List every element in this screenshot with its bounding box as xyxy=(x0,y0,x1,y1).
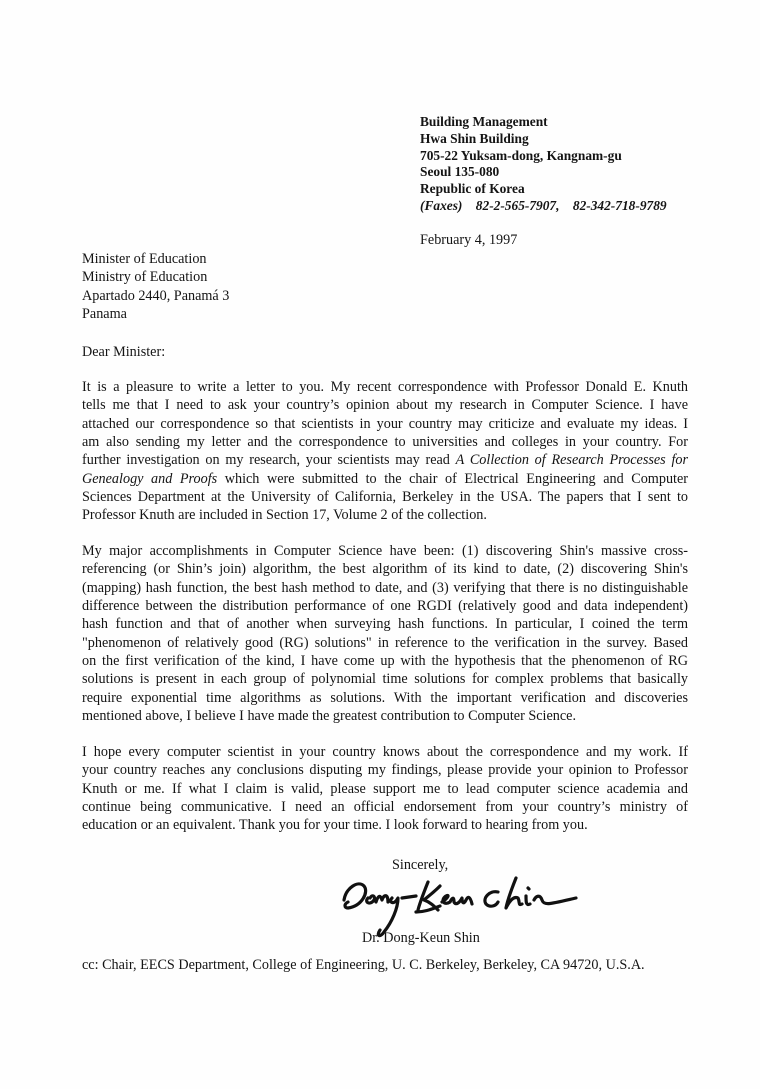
paragraph-line: I hope every computer scientist in your … xyxy=(82,743,688,761)
sender-line: Republic of Korea xyxy=(420,181,667,198)
paragraph-line: Sciences Department at the University of… xyxy=(82,488,688,506)
line-text: further investigation on my research, yo… xyxy=(82,452,456,468)
signer-name: Dr. Dong-Keun Shin xyxy=(362,929,480,947)
paragraph-line: It is a pleasure to write a letter to yo… xyxy=(82,378,688,396)
line-text: which were submitted to the chair of Ele… xyxy=(217,471,688,487)
fax-number: 82-342-718-9789 xyxy=(573,198,667,213)
recipient-line: Ministry of Education xyxy=(82,268,229,286)
paragraph-line: your country reaches any conclusions dis… xyxy=(82,761,688,779)
body-paragraph-2: My major accomplishments in Computer Sci… xyxy=(82,542,688,725)
paragraph-line: Genealogy and Proofs which were submitte… xyxy=(82,470,688,488)
paragraph-line: referencing (or Shin’s join) algorithm, … xyxy=(82,560,688,578)
paragraph-line: on the first verification of the kind, I… xyxy=(82,652,688,670)
paragraph-line: tells me that I need to ask your country… xyxy=(82,396,688,414)
body-paragraph-1: It is a pleasure to write a letter to yo… xyxy=(82,378,688,525)
sender-faxes: (Faxes) 82-2-565-7907, 82-342-718-9789 xyxy=(420,198,667,215)
sender-line: Building Management xyxy=(420,114,667,131)
recipient-address-block: Minister of Education Ministry of Educat… xyxy=(82,250,229,324)
paragraph-line: My major accomplishments in Computer Sci… xyxy=(82,542,688,560)
paragraph-line: (mapping) hash function, the best hash m… xyxy=(82,579,688,597)
paragraph-line: education or an equivalent. Thank you fo… xyxy=(82,816,688,834)
paragraph-line: require exponential time algorithms as s… xyxy=(82,689,688,707)
fax-number: 82-2-565-7907, xyxy=(476,198,560,213)
body-paragraph-3: I hope every computer scientist in your … xyxy=(82,743,688,835)
sender-line: Hwa Shin Building xyxy=(420,131,667,148)
paragraph-line: attached our correspondence so that scie… xyxy=(82,415,688,433)
recipient-line: Minister of Education xyxy=(82,250,229,268)
book-title: A Collection of Research Processes for xyxy=(456,452,688,468)
paragraph-line: am also sending my letter and the corres… xyxy=(82,433,688,451)
paragraph-line: "phenomenon of relatively good (RG) solu… xyxy=(82,634,688,652)
sender-address-block: Building Management Hwa Shin Building 70… xyxy=(420,114,667,215)
paragraph-line: hash function and that of another when s… xyxy=(82,615,688,633)
sender-line: 705-22 Yuksam-dong, Kangnam-gu xyxy=(420,148,667,165)
recipient-line: Panama xyxy=(82,305,229,323)
sender-line: Seoul 135-080 xyxy=(420,164,667,181)
paragraph-line: continue being communicative. I need an … xyxy=(82,798,688,816)
paragraph-line: Knuth or me. If what I claim is valid, p… xyxy=(82,780,688,798)
paragraph-line: mentioned above, I believe I have made t… xyxy=(82,707,688,725)
faxes-label: (Faxes) xyxy=(420,198,462,213)
paragraph-line: Professor Knuth are included in Section … xyxy=(82,506,688,524)
letter-page: Building Management Hwa Shin Building 70… xyxy=(0,0,760,1089)
paragraph-line: solutions is present in each group of po… xyxy=(82,670,688,688)
paragraph-line: difference between the distribution perf… xyxy=(82,597,688,615)
recipient-line: Apartado 2440, Panamá 3 xyxy=(82,287,229,305)
salutation: Dear Minister: xyxy=(82,343,165,361)
book-title: Genealogy and Proofs xyxy=(82,471,217,487)
paragraph-line: further investigation on my research, yo… xyxy=(82,451,688,469)
cc-line: cc: Chair, EECS Department, College of E… xyxy=(82,956,645,974)
letter-date: February 4, 1997 xyxy=(420,232,517,249)
